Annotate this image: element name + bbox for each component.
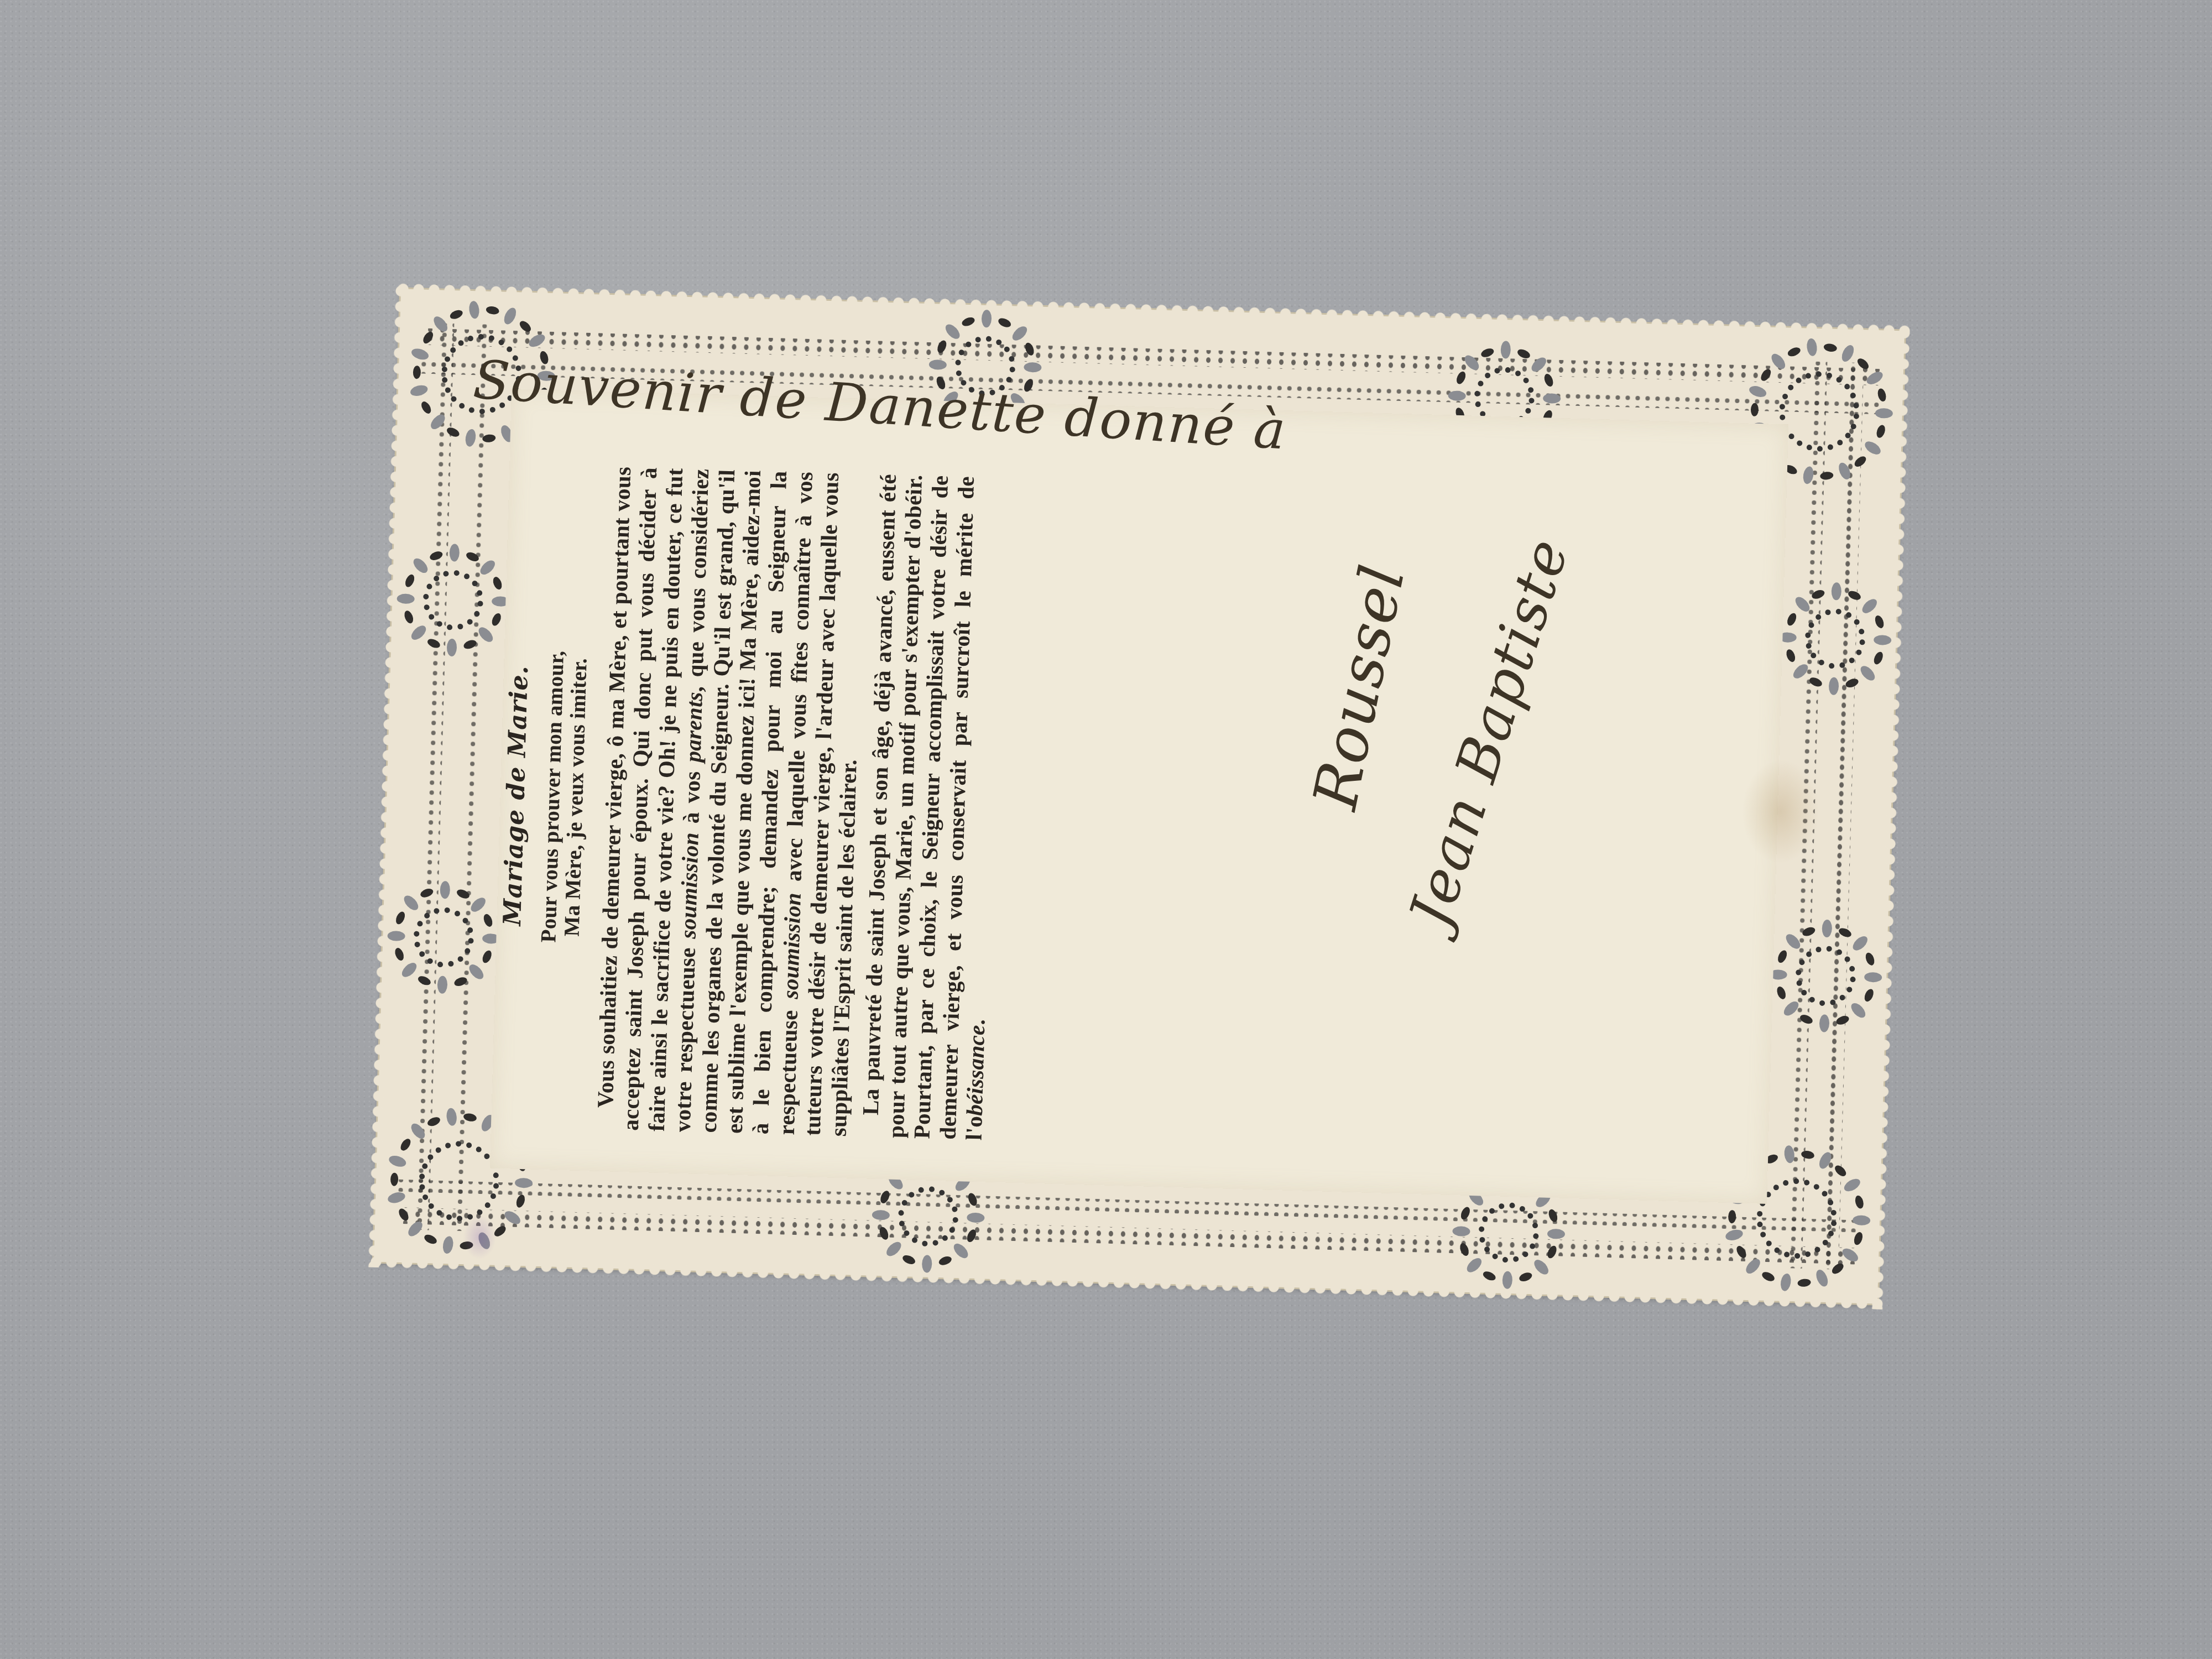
italic-run: parents	[680, 691, 707, 763]
italic-run: soumission	[675, 832, 703, 939]
italic-run: soumission	[778, 893, 806, 999]
print-epigraph: Pour vous prouver mon amour, Ma Mère, je…	[532, 465, 597, 1129]
print-paragraph-2: La pauvreté de saint Joseph et son âge, …	[857, 473, 1005, 1140]
print-paragraph-1: Vous souhaitiez de demeurer vierge, ô ma…	[592, 466, 870, 1137]
printed-text-block: Mariage de Marie. Pour vous prouver mon …	[489, 463, 1342, 1305]
text-run: .	[964, 1019, 989, 1025]
lace-holy-card: Souvenir de Danette donné à Mariage de M…	[374, 289, 1905, 1303]
italic-run: béissance	[962, 1025, 990, 1117]
text-run: à vos	[678, 762, 706, 833]
